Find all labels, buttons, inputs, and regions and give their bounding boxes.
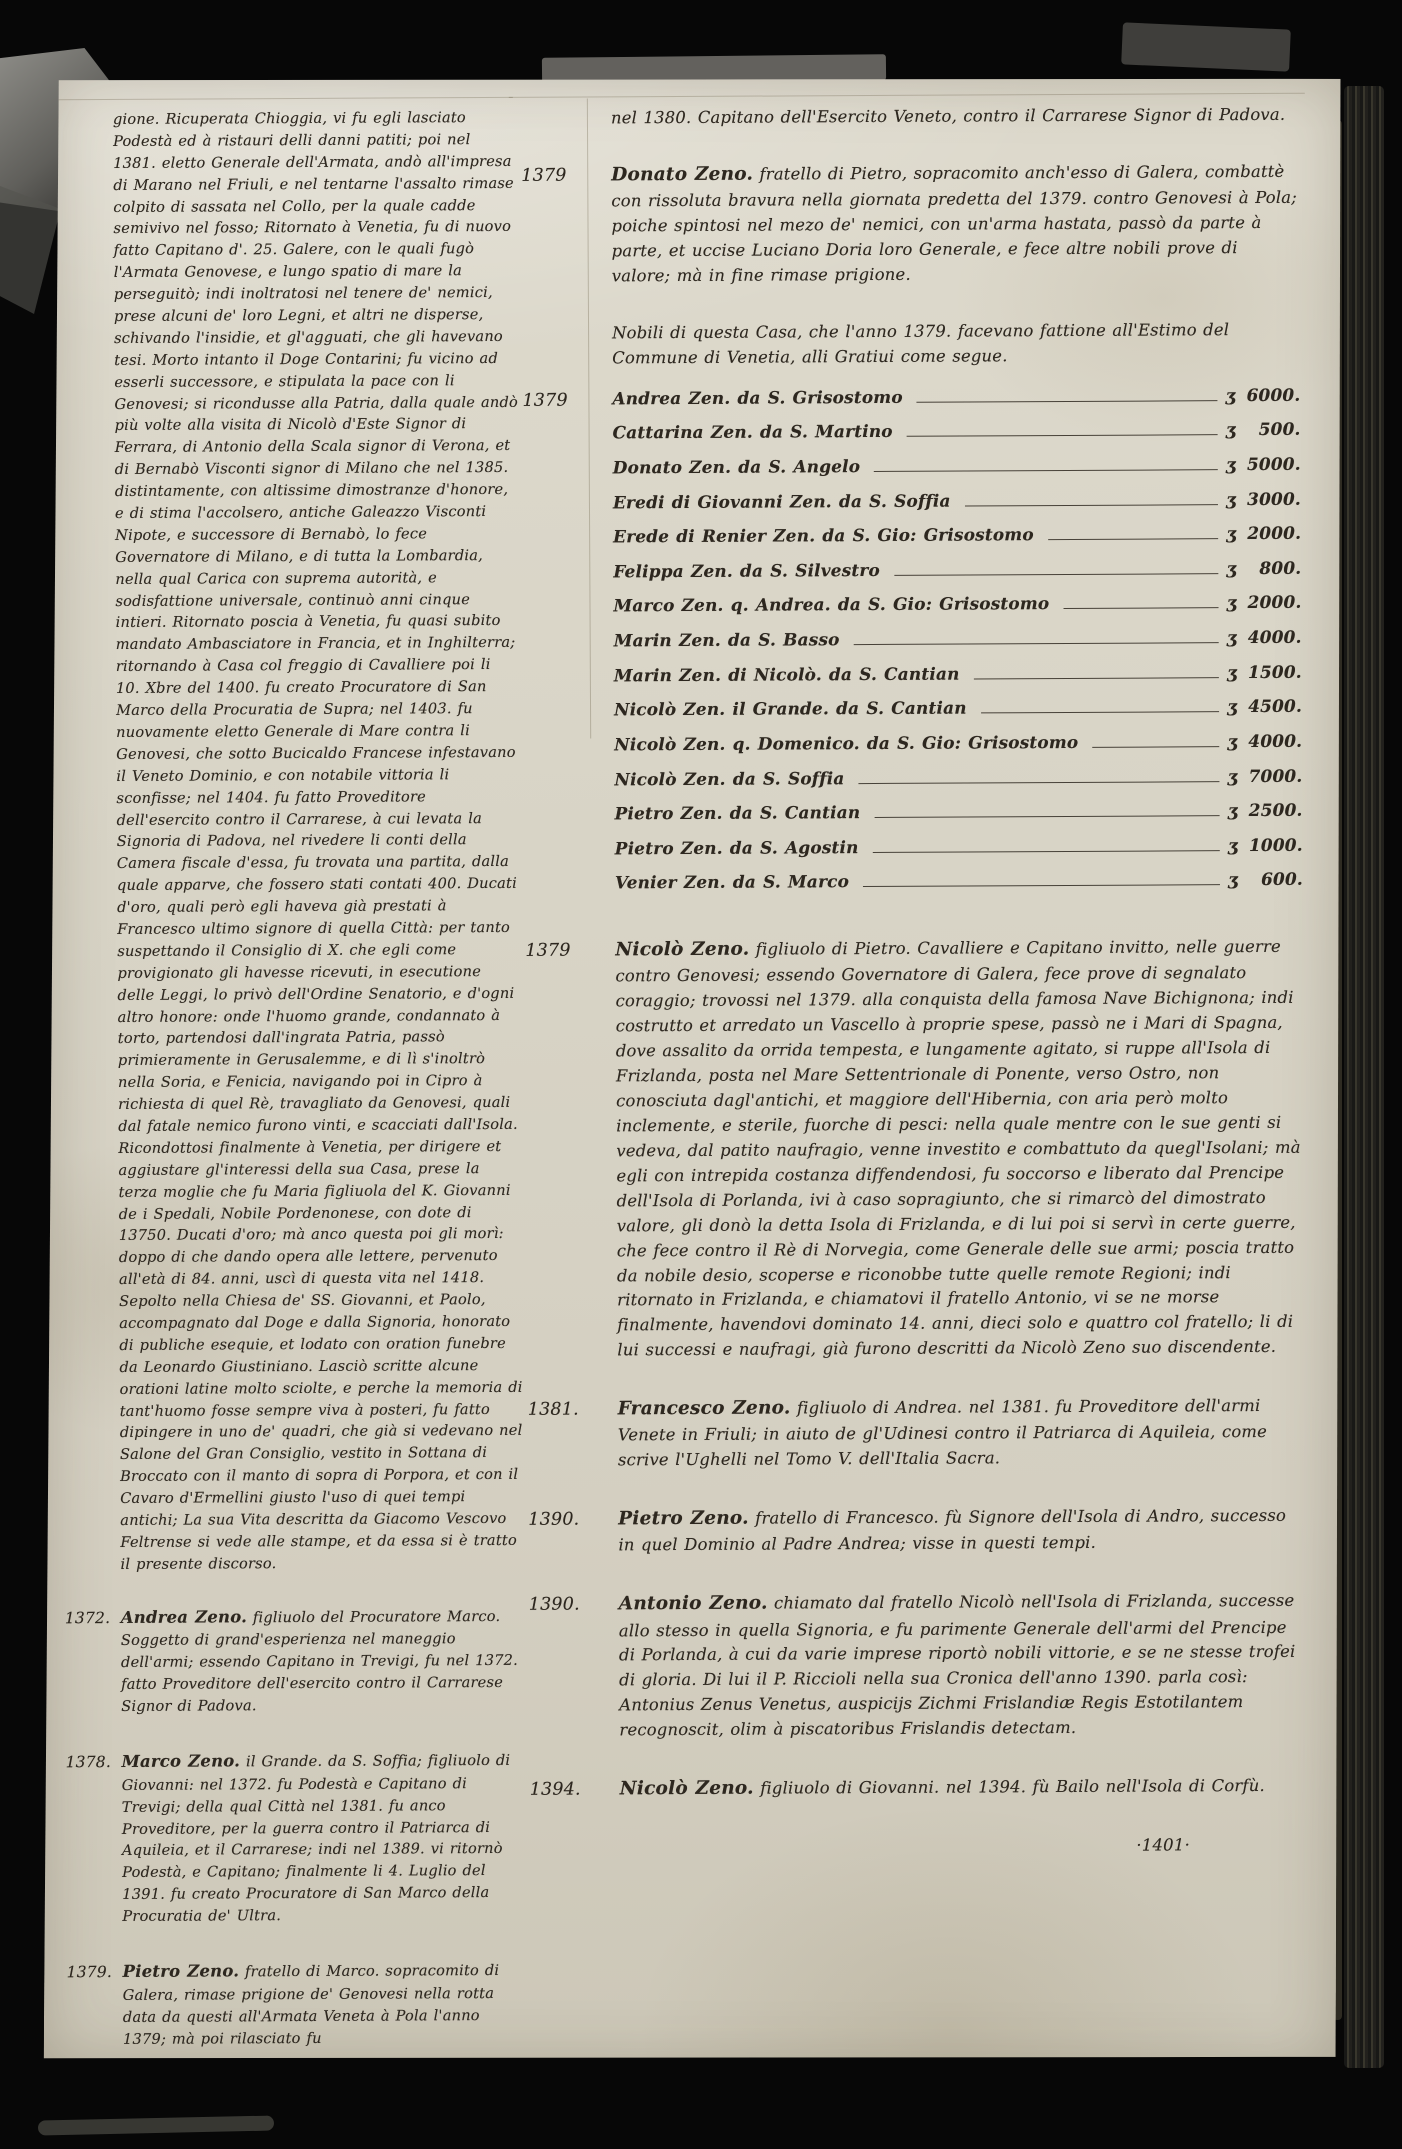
faint-ruling-line xyxy=(509,93,1305,98)
estimo-value: 500. xyxy=(1238,412,1300,447)
estimo-name: Nicolò Zen. da S. Soffia xyxy=(614,761,844,797)
estimo-row: Erede di Renier Zen. da S. Gio: Grisosto… xyxy=(613,516,1301,554)
margin-year: 1390. xyxy=(528,1507,579,1534)
entry-text: figliuolo di Pietro. Cavalliere e Capita… xyxy=(615,937,1300,1360)
estimo-name: Erede di Renier Zen. da S. Gio: Grisosto… xyxy=(613,517,1034,554)
entry-pietro-zeno-1390: 1390. Pietro Zeno. fratello di Francesco… xyxy=(618,1502,1306,1559)
manuscript-photo: gione. Ricuperata Chioggia, vi fu egli l… xyxy=(0,0,1402,2149)
estimo-row: Andrea Zen. da S. Grisostomo ʒ 6000. xyxy=(612,377,1300,415)
estimo-name: Marin Zen. di Nicolò. da S. Cantian xyxy=(614,656,960,692)
tape-strip xyxy=(1121,22,1291,71)
entry-marco-zeno-1378: 1378. Marco Zeno. il Grande. da S. Soffi… xyxy=(121,1748,526,1928)
estimo-name: Felippa Zen. da S. Silvestro xyxy=(613,553,880,589)
estimo-heading: Nobili di questa Casa, che l'anno 1379. … xyxy=(612,318,1294,371)
estimo-value: 1500. xyxy=(1240,654,1302,689)
estimo-row: Donato Zen. da S. Angelo ʒ 5000. xyxy=(613,447,1301,485)
margin-year: 1394. xyxy=(530,1777,581,1804)
estimo-name: Pietro Zen. da S. Agostin xyxy=(615,830,859,866)
estimo-value: 600. xyxy=(1241,862,1303,897)
estimo-row: Venier Zen. da S. Marco ʒ 600. xyxy=(615,862,1303,900)
entry-pietro-zeno-1379: 1379. Pietro Zeno. fratello di Marco. so… xyxy=(123,1958,527,2051)
estimo-name: Nicolò Zen. q. Domenico. da S. Gio: Gris… xyxy=(614,725,1078,762)
estimo-value: 3000. xyxy=(1239,481,1301,516)
estimo-row: Felippa Zen. da S. Silvestro ʒ 800. xyxy=(613,551,1301,589)
entry-name: Antonio Zeno. xyxy=(619,1593,768,1615)
estimo-row: Cattarina Zen. da S. Martino ʒ 500. xyxy=(613,412,1301,450)
estimo-row: Nicolò Zen. q. Domenico. da S. Gio: Gris… xyxy=(614,724,1302,762)
entry-andrea-zeno-1372: 1372. Andrea Zeno. figliuolo del Procura… xyxy=(121,1603,526,1717)
estimo-value: 2000. xyxy=(1239,516,1301,551)
text-columns: gione. Ricuperata Chioggia, vi fu egli l… xyxy=(55,103,1319,2054)
estimo-row: Eredi di Giovanni Zen. da S. Soffia ʒ 30… xyxy=(613,481,1301,519)
estimo-row: Nicolò Zen. il Grande. da S. Cantian ʒ 4… xyxy=(614,689,1302,727)
lire-flourish: ʒ xyxy=(1228,759,1238,794)
estimo-value: 1000. xyxy=(1241,828,1303,863)
entry-nicolo-zeno-1379: 1379 Nicolò Zeno. figliuolo di Pietro. C… xyxy=(615,933,1305,1364)
paragraph-carlo-zeno-continuation: gione. Ricuperata Chioggia, vi fu egli l… xyxy=(113,107,525,1576)
margin-year: 1379 xyxy=(521,163,566,190)
estimo-value: 2000. xyxy=(1239,585,1301,620)
entry-name: Marco Zeno. xyxy=(121,1751,240,1771)
dash-rule xyxy=(965,504,1219,506)
margin-year: 1379 xyxy=(522,387,567,414)
entry-text: figliuolo di Giovanni. nel 1394. fù Bail… xyxy=(760,1776,1265,1798)
estimo-name: Nicolò Zen. il Grande. da S. Cantian xyxy=(614,691,967,727)
dash-rule xyxy=(858,781,1219,784)
entry-donato-zeno-1379: 1379 Donato Zeno. fratello di Pietro, so… xyxy=(611,158,1300,290)
estimo-name: Andrea Zen. da S. Grisostomo xyxy=(612,380,903,416)
margin-year: 1378. xyxy=(65,1751,110,1774)
estimo-name: Cattarina Zen. da S. Martino xyxy=(613,414,893,450)
dash-rule xyxy=(917,400,1218,403)
margin-year: 1379 xyxy=(525,938,570,965)
lire-flourish: ʒ xyxy=(1226,516,1236,551)
lire-flourish: ʒ xyxy=(1227,689,1237,724)
estimo-value: 800. xyxy=(1239,551,1301,586)
lire-flourish: ʒ xyxy=(1228,828,1238,863)
margin-slash-mark xyxy=(16,884,42,897)
estimo-row: Pietro Zen. da S. Agostin ʒ 1000. xyxy=(615,828,1303,866)
dash-rule xyxy=(863,885,1220,888)
lire-flourish: ʒ xyxy=(1226,378,1236,413)
estimo-name: Marin Zen. da S. Basso xyxy=(614,622,840,658)
estimo-value: 7000. xyxy=(1240,758,1302,793)
margin-year: 1381. xyxy=(528,1397,579,1424)
dash-rule xyxy=(1063,608,1218,610)
right-column: nel 1380. Capitano dell'Esercito Veneto,… xyxy=(517,103,1319,2051)
dash-rule xyxy=(873,850,1220,853)
dash-rule xyxy=(974,677,1220,679)
paragraph-pietro-continuation: nel 1380. Capitano dell'Esercito Veneto,… xyxy=(611,103,1299,132)
lire-flourish: ʒ xyxy=(1226,551,1236,586)
dash-rule xyxy=(981,712,1220,714)
estimo-row: Marin Zen. di Nicolò. da S. Cantian ʒ 15… xyxy=(614,654,1302,692)
estimo-row: Marco Zen. q. Andrea. da S. Gio: Grisost… xyxy=(613,585,1301,623)
book-fore-edge xyxy=(1344,86,1384,2068)
dash-rule xyxy=(854,642,1219,645)
left-column: gione. Ricuperata Chioggia, vi fu egli l… xyxy=(55,107,527,2053)
dash-rule xyxy=(874,815,1219,818)
estimo-name: Eredi di Giovanni Zen. da S. Soffia xyxy=(613,483,951,519)
dash-rule xyxy=(894,573,1219,576)
estimo-row: Marin Zen. da S. Basso ʒ 4000. xyxy=(614,620,1302,658)
lire-flourish: ʒ xyxy=(1227,655,1237,690)
catchword: nel xyxy=(123,2080,527,2104)
lire-flourish: ʒ xyxy=(1226,447,1236,482)
entry-name: Pietro Zeno. xyxy=(123,1961,240,1981)
estimo-row: Pietro Zen. da S. Cantian ʒ 2500. xyxy=(614,793,1302,831)
lire-flourish: ʒ xyxy=(1227,724,1237,759)
estimo-row: Nicolò Zen. da S. Soffia ʒ 7000. xyxy=(614,758,1302,796)
lire-flourish: ʒ xyxy=(1228,793,1238,828)
estimo-value: 4000. xyxy=(1240,724,1302,759)
faint-ruling-line xyxy=(587,98,591,738)
dash-rule xyxy=(907,435,1218,438)
estimo-name: Pietro Zen. da S. Cantian xyxy=(614,795,860,831)
faint-ruling-line xyxy=(47,97,513,100)
entry-nicolo-zeno-1394: 1394. Nicolò Zeno. figliuolo di Giovanni… xyxy=(620,1772,1308,1804)
manuscript-page: gione. Ricuperata Chioggia, vi fu egli l… xyxy=(44,73,1345,2071)
entry-text: il Grande. da S. Soffia; figliuolo di Gi… xyxy=(122,1752,511,1925)
ink-specks xyxy=(0,0,2,2)
estimo-value: 6000. xyxy=(1238,377,1300,412)
estimo-value: 2500. xyxy=(1240,793,1302,828)
estimo-name: Venier Zen. da S. Marco xyxy=(615,865,849,901)
estimo-name: Marco Zen. q. Andrea. da S. Gio: Grisost… xyxy=(613,587,1049,624)
entry-antonio-zeno-1390: 1390. Antonio Zeno. chiamato dal fratell… xyxy=(619,1587,1308,1743)
entry-name: Donato Zeno. xyxy=(611,164,753,186)
entry-name: Nicolò Zeno. xyxy=(620,1778,754,1800)
margin-year: 1372. xyxy=(65,1607,110,1630)
estimo-name: Donato Zen. da S. Angelo xyxy=(613,449,861,485)
dash-rule xyxy=(1048,538,1219,540)
lire-flourish: ʒ xyxy=(1227,620,1237,655)
lire-flourish: ʒ xyxy=(1228,863,1238,898)
estimo-value: 5000. xyxy=(1239,447,1301,482)
margin-year: 1379. xyxy=(67,1961,112,1984)
estimo-value: 4500. xyxy=(1240,689,1302,724)
lire-flourish: ʒ xyxy=(1227,586,1237,621)
estimo-value: 4000. xyxy=(1240,620,1302,655)
page-mark: ·1401· xyxy=(620,1832,1308,1861)
entry-name: Andrea Zeno. xyxy=(121,1607,247,1627)
margin-year: 1390. xyxy=(529,1592,580,1619)
entry-name: Nicolò Zeno. xyxy=(615,939,749,961)
estimo-list: Nobili di questa Casa, che l'anno 1379. … xyxy=(612,318,1303,901)
entry-francesco-zeno-1381: 1381. Francesco Zeno. figliuolo di Andre… xyxy=(618,1392,1306,1474)
lire-flourish: ʒ xyxy=(1226,482,1236,517)
entry-name: Francesco Zeno. xyxy=(618,1398,791,1420)
dash-rule xyxy=(874,469,1218,472)
ink-smear xyxy=(38,2116,274,2136)
entry-name: Pietro Zeno. xyxy=(618,1508,749,1530)
lire-flourish: ʒ xyxy=(1226,412,1236,447)
dash-rule xyxy=(1092,746,1219,748)
